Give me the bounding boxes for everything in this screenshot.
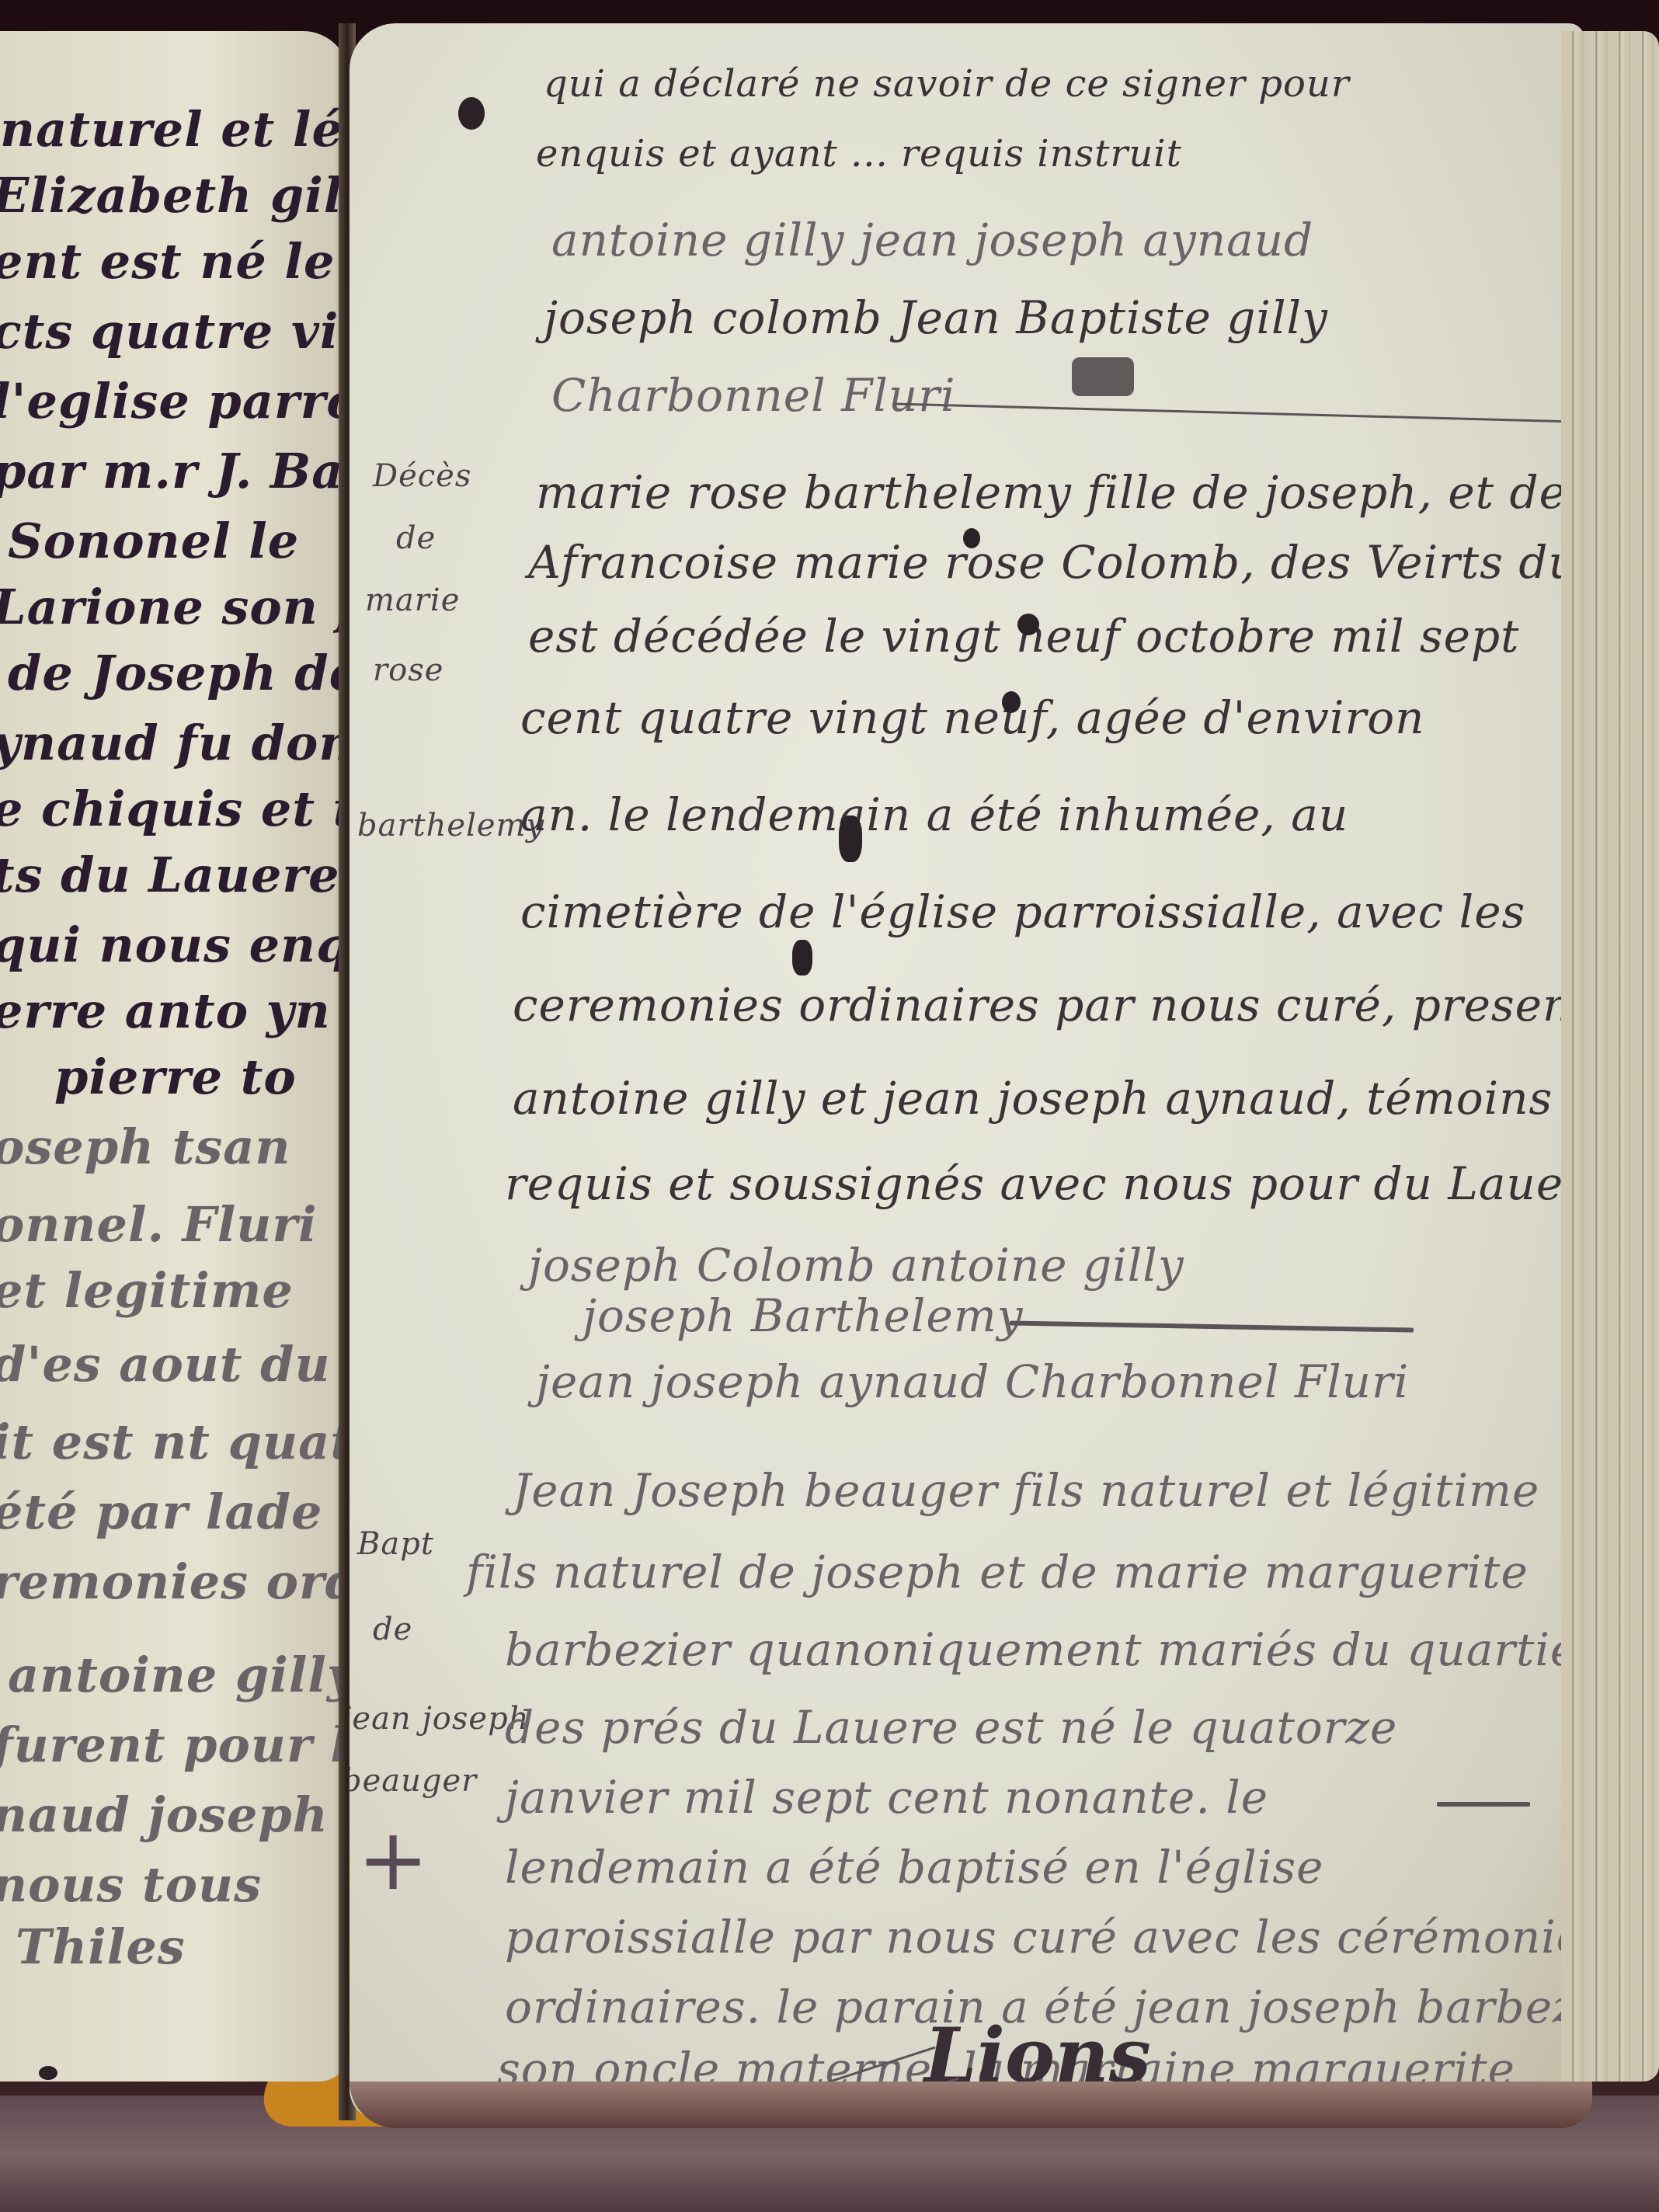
left-line: l'eglise parroissialle (0, 373, 350, 430)
left-line: par m.r J. Baptiste (0, 443, 350, 499)
entry-line: cent quatre vingt neuf, agée d'environ (520, 691, 1424, 744)
ink-blot (792, 940, 812, 976)
entry-line: qui a déclaré ne savoir de ce signer pou… (544, 62, 1350, 106)
entry-line: des prés du Lauere est né le quatorze (505, 1701, 1397, 1754)
ink-blot (1017, 614, 1039, 635)
left-line: oseph tsan (0, 1118, 291, 1175)
signature-line: jean joseph aynaud Charbonnel Fluri (536, 1355, 1409, 1408)
entry-line: an. le lendemain a été inhumée, au (520, 788, 1348, 841)
ink-blot (39, 2066, 57, 2080)
page-stack-edge (1561, 31, 1659, 2082)
left-line: ts du Lauere non (0, 847, 350, 903)
entry-line: janvier mil sept cent nonante. le (505, 1771, 1268, 1824)
ink-blot (963, 528, 980, 548)
entry-line: enquis et ayant ... requis instruit (536, 132, 1182, 176)
entry-line: lendemain a été baptisé en l'église (505, 1841, 1323, 1894)
left-line: pierre to (54, 1049, 297, 1105)
entry-line: marie rose barthelemy fille de joseph, e… (536, 466, 1567, 519)
signature-line: joseph Barthelemy (583, 1289, 1023, 1342)
left-line: naud joseph Dodon (0, 1786, 350, 1843)
signature-line: joseph Colomb antoine gilly (528, 1239, 1184, 1292)
left-line: cts quatre vingts ne (0, 303, 350, 360)
entry-line: Afrancoise marie rose Colomb, des Veirts… (528, 536, 1584, 589)
margin-note: de (396, 520, 436, 556)
left-line: Elizabeth gilly (0, 167, 350, 224)
entry-separator (893, 402, 1577, 423)
margin-note: beauger (350, 1763, 477, 1799)
cross-mark-icon: + (357, 1810, 429, 1909)
entry-line: Jean Joseph beauger fils naturel et légi… (513, 1464, 1539, 1517)
left-line: antoine gilly (8, 1647, 350, 1703)
right-page: qui a déclaré ne savoir de ce signer pou… (350, 23, 1584, 2120)
left-line: remonies ordinair (0, 1553, 350, 1610)
entry-line: cimetière de l'église parroissialle, ave… (520, 885, 1525, 938)
margin-note-title: Bapt (357, 1526, 434, 1562)
left-line: furent pour la gr (0, 1716, 350, 1773)
left-line: it est nt quat (0, 1414, 350, 1470)
signature-line: Charbonnel Fluri (551, 369, 956, 422)
left-line: e chiquis et toujours (0, 781, 350, 837)
left-line: Larione son frere (0, 579, 350, 635)
margin-note: barthelemy (357, 808, 544, 843)
margin-note: jean joseph (350, 1701, 529, 1737)
left-line: Sononel le (8, 513, 299, 569)
left-line: de Joseph de ... (8, 645, 350, 701)
entry-line: ceremonies ordinaires par nous curé, pre… (513, 979, 1584, 1031)
left-line: et legitime (0, 1262, 294, 1319)
left-line: naturel et légitime (0, 101, 350, 158)
left-page: naturel et légitime Elizabeth gilly ent … (0, 31, 350, 2082)
entry-line: requis et soussignés avec nous pour du L… (505, 1157, 1584, 1210)
left-line: ynaud fu dominique (0, 715, 350, 771)
page-bottom-edge (350, 2082, 1592, 2128)
left-line: erre anto yn Cla (0, 983, 350, 1039)
entry-line: barbezier quanoniquement mariés du quart… (505, 1623, 1584, 1676)
left-line: onnel. Fluri (0, 1196, 318, 1253)
line-filler-mark (1437, 1802, 1530, 1807)
signature-line: joseph colomb Jean Baptiste gilly (544, 291, 1328, 344)
left-line: ent est né le dix (0, 233, 350, 290)
margin-note-title: Décès (373, 458, 471, 494)
margin-note: marie (365, 583, 460, 618)
entry-separator (1010, 1320, 1414, 1332)
left-line: nous tous (0, 1856, 262, 1913)
entry-line: antoine gilly et jean joseph aynaud, tém… (513, 1072, 1553, 1125)
left-line: été par lade (0, 1483, 322, 1540)
margin-note: rose (373, 652, 443, 688)
left-line: Thiles (16, 1918, 186, 1975)
entry-line: fils naturel de joseph et de marie margu… (466, 1546, 1529, 1598)
ink-smudge (1072, 357, 1134, 396)
ink-blot (458, 97, 485, 130)
ink-blot (1002, 691, 1021, 713)
entry-line: paroissialle par nous curé avec les céré… (505, 1911, 1584, 1963)
signature-line: antoine gilly jean joseph aynaud (551, 214, 1313, 266)
left-line: qui nous enquis (0, 916, 350, 973)
left-line: d'es aout du Lau (0, 1336, 350, 1393)
margin-note: de (373, 1612, 412, 1647)
ink-blot (839, 816, 862, 862)
